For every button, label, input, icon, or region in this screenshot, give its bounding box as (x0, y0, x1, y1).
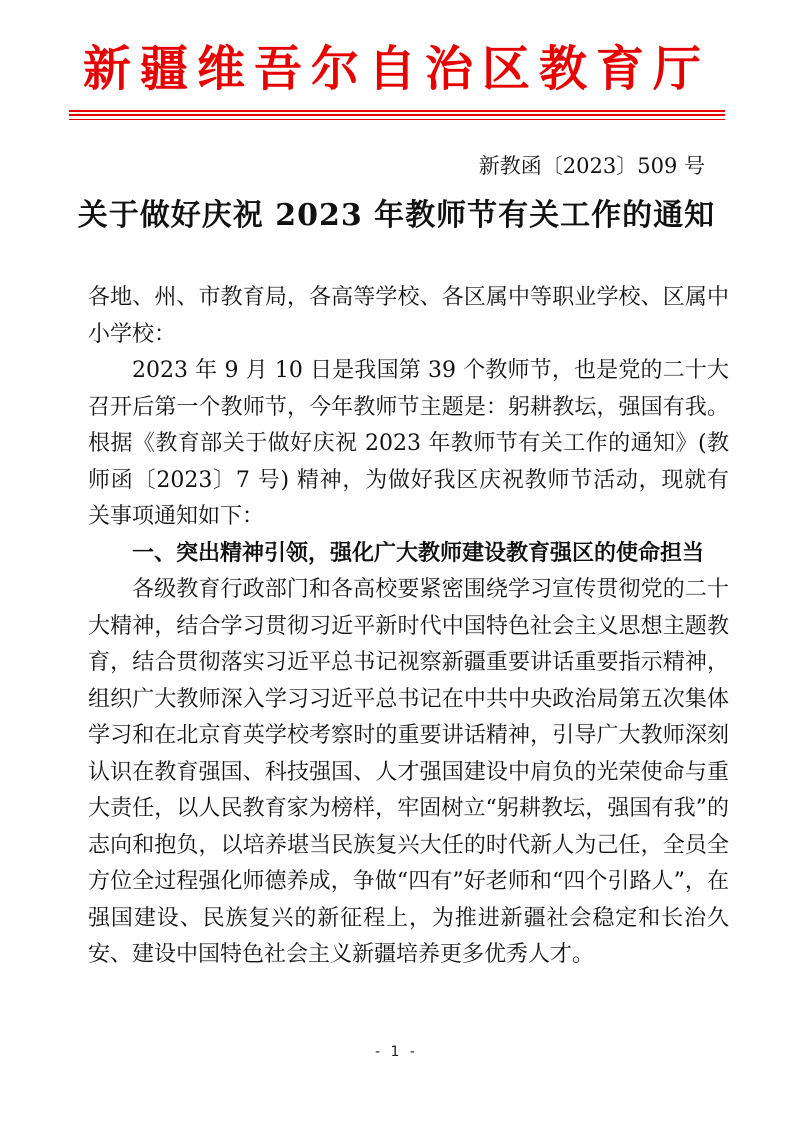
divider-line-middle (69, 114, 725, 116)
divider-line-bottom (69, 119, 725, 120)
document-body: 各地、州、市教育局，各高等学校、各区属中等职业学校、区属中小学校： 2023 年… (88, 280, 729, 974)
document-page: 新疆维吾尔自治区教育厅 新教函〔2023〕509 号 关于做好庆祝 2023 年… (0, 0, 793, 1122)
section-one-paragraph: 各级教育行政部门和各高校要紧密围绕学习宣传贯彻党的二十大精神，结合学习贯彻习近平… (88, 572, 729, 974)
page-number: - 1 - (375, 1044, 418, 1060)
section-one-heading: 一、突出精神引领，强化广大教师建设教育强区的使命担当 (88, 536, 729, 573)
page-footer: - 1 - (0, 1041, 793, 1060)
agency-letterhead: 新疆维吾尔自治区教育厅 (0, 38, 793, 100)
document-number: 新教函〔2023〕509 号 (0, 152, 705, 180)
recipients-line: 各地、州、市教育局，各高等学校、各区属中等职业学校、区属中小学校： (88, 280, 729, 353)
document-title: 关于做好庆祝 2023 年教师节有关工作的通知 (40, 194, 753, 238)
letterhead-divider (69, 110, 725, 120)
intro-paragraph: 2023 年 9 月 10 日是我国第 39 个教师节，也是党的二十大召开后第一… (88, 353, 729, 536)
divider-line-top (69, 110, 725, 112)
